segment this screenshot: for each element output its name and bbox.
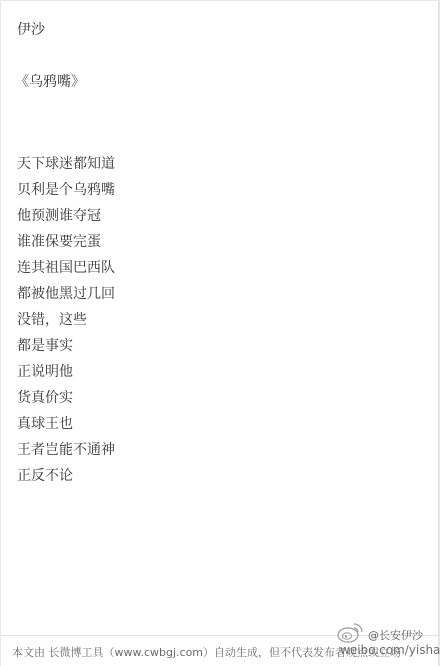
poem-line: 连其祖国巴西队 [17, 255, 428, 281]
poem-line: 都是事实 [17, 333, 428, 359]
poem-line: 货真价实 [17, 385, 428, 411]
poem-line: 正说明他 [17, 359, 428, 385]
poem-line: 谁准保要完蛋 [17, 229, 428, 255]
long-weibo-page: 伊沙 《乌鸦嘴》 天下球迷都知道 贝利是个乌鸦嘴 他预测谁夺冠 谁准保要完蛋 连… [1, 1, 439, 665]
poem-content: 伊沙 《乌鸦嘴》 天下球迷都知道 贝利是个乌鸦嘴 他预测谁夺冠 谁准保要完蛋 连… [17, 19, 428, 489]
poem-title: 《乌鸦嘴》 [15, 71, 428, 97]
poem-line: 都被他黑过几回 [17, 281, 428, 307]
poem-line: 王者岂能不通神 [17, 437, 428, 463]
footer-disclaimer: 本文由 长微博工具（www.cwbgj.com）自动生成，但不代表发布者观点或立… [12, 644, 401, 660]
footer: 本文由 长微博工具（www.cwbgj.com）自动生成，但不代表发布者观点或立… [1, 635, 438, 666]
poem-body: 天下球迷都知道 贝利是个乌鸦嘴 他预测谁夺冠 谁准保要完蛋 连其祖国巴西队 都被… [17, 151, 428, 489]
author-name: 伊沙 [17, 19, 428, 45]
poem-line: 没错，这些 [17, 307, 428, 333]
poem-line: 正反不论 [17, 463, 428, 489]
poem-line: 贝利是个乌鸦嘴 [17, 177, 428, 203]
poem-line: 真球王也 [17, 411, 428, 437]
poem-line: 他预测谁夺冠 [17, 203, 428, 229]
poem-line: 天下球迷都知道 [17, 151, 428, 177]
